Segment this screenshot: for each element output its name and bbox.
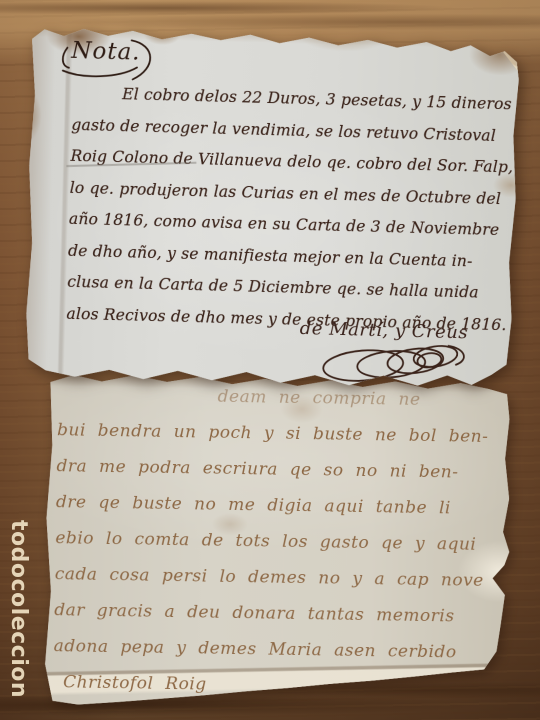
signature-rubric	[311, 336, 472, 388]
upper-manuscript-text: El cobro delos 22 Duros, 3 pesetas, y 15…	[66, 78, 512, 341]
upper-manuscript-page: Nota. El cobro delos 22 Duros, 3 pesetas…	[21, 25, 520, 390]
lower-manuscript-text: deam ne compria ne bui bendra un poch y …	[53, 376, 504, 707]
upper-page-wrapper: Nota. El cobro delos 22 Duros, 3 pesetas…	[21, 25, 520, 390]
corner-fold	[487, 37, 520, 76]
nota-heading: Nota.	[71, 38, 141, 66]
lower-signature: Christofol Roig	[53, 664, 500, 707]
watermark-text: todocoleccion	[6, 520, 31, 720]
manuscript-photo: Nota. El cobro delos 22 Duros, 3 pesetas…	[0, 0, 540, 720]
lower-page-wrapper: deam ne compria ne bui bendra un poch y …	[41, 372, 512, 711]
lower-manuscript-page: deam ne compria ne bui bendra un poch y …	[41, 372, 512, 711]
